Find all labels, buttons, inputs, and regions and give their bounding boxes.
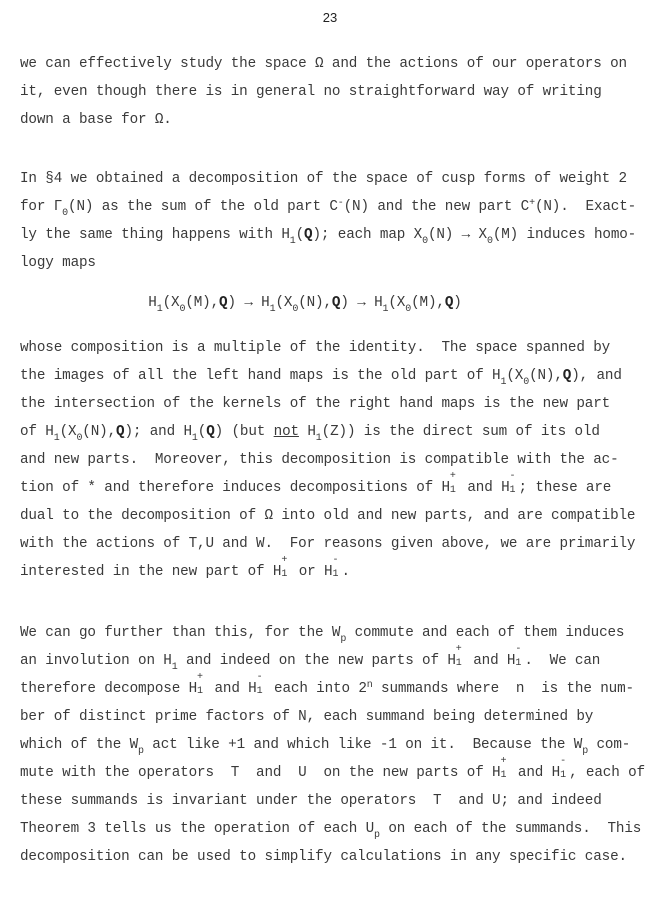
text-line: with the actions of T,U and W. For reaso… xyxy=(20,535,635,553)
text-line: In §4 we obtained a decomposition of the… xyxy=(20,170,627,188)
text-line: whose composition is a multiple of the i… xyxy=(20,339,610,357)
text-line: and new parts. Moreover, this decomposit… xyxy=(20,451,619,469)
text-line: mute with the operators T and U on the n… xyxy=(20,764,645,782)
text-line: it, even though there is in general no s… xyxy=(20,83,602,101)
text-line: down a base for Ω. xyxy=(20,111,172,129)
text-line: the images of all the left hand maps is … xyxy=(20,367,622,385)
text-line: We can go further than this, for the Wp … xyxy=(20,624,624,642)
text-line: which of the Wp act like +1 and which li… xyxy=(20,736,630,754)
text-line: ly the same thing happens with H1(Q); ea… xyxy=(20,226,636,244)
text-line: dual to the decomposition of Ω into old … xyxy=(20,507,635,525)
text-line: interested in the new part of H+1 or H-1… xyxy=(20,563,350,581)
text-line: the intersection of the kernels of the r… xyxy=(20,395,610,413)
text-line: ber of distinct prime factors of N, each… xyxy=(20,708,593,726)
text-line: an involution on H1 and indeed on the ne… xyxy=(20,652,600,670)
text-line: logy maps xyxy=(20,254,96,272)
text-line: for Γ0(N) as the sum of the old part C-(… xyxy=(20,198,636,216)
text-line: we can effectively study the space Ω and… xyxy=(20,55,627,73)
text-line: these summands is invariant under the op… xyxy=(20,792,602,810)
text-line: H1(X0(M),Q) → H1(X0(N),Q) → H1(X0(M),Q) xyxy=(0,294,635,312)
page-number: 23 xyxy=(0,10,660,25)
text-line: decomposition can be used to simplify ca… xyxy=(20,848,627,866)
text-line: of H1(X0(N),Q); and H1(Q) (but not H1(Z)… xyxy=(20,423,600,441)
text-line: therefore decompose H+1 and H-1 each int… xyxy=(20,680,634,698)
text-line: Theorem 3 tells us the operation of each… xyxy=(20,820,641,838)
text-line: tion of * and therefore induces decompos… xyxy=(20,479,611,497)
